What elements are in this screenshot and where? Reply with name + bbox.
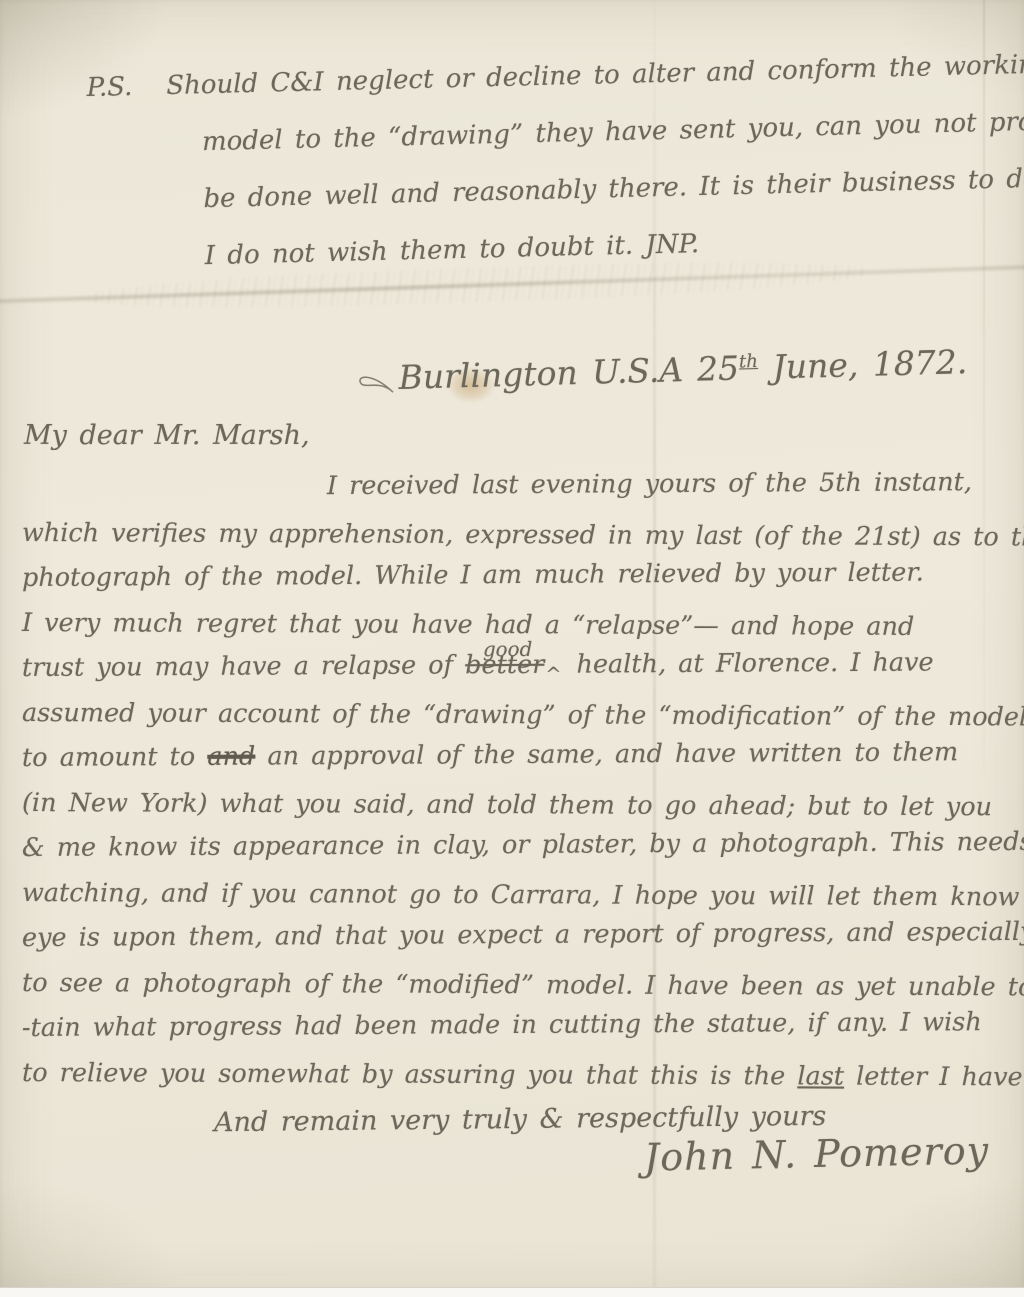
salutation: My dear Mr. Marsh, <box>24 420 310 451</box>
body-line-1: I received last evening yours of the 5th… <box>22 460 1012 511</box>
body-line-7-post: an approval of the same, and have writte… <box>255 737 958 771</box>
edit-correction: goodbetter^ <box>465 643 564 690</box>
body-line-13: -tain what progress had been made in cut… <box>22 1000 1012 1051</box>
body-line-5-post: health, at Florence. I have <box>564 647 933 679</box>
dateline-place: Burlington U.S.A <box>398 350 684 397</box>
letter-page: P.S.Should C&I neglect or decline to alt… <box>0 0 1024 1297</box>
postscript-label: P.S. <box>86 59 133 117</box>
closing-line: And remain very truly & respectfully you… <box>214 1101 827 1138</box>
body-line-14-post: letter I have written you! <box>844 1062 1024 1094</box>
body-line-5: trust you may have a relapse of goodbett… <box>22 640 1012 691</box>
dateline-ordinal: th <box>739 351 759 373</box>
dateline-day: 25 <box>697 348 740 388</box>
inserted-word: good <box>483 627 533 672</box>
body-line-3: photograph of the model. While I am much… <box>22 550 1012 601</box>
dateline-rest: June, 1872. <box>772 342 968 386</box>
body-line-14: to relieve you somewhat by assuring you … <box>22 1051 1012 1100</box>
underlined-word: last <box>797 1061 844 1091</box>
body-line-7: to amount to and an approval of the same… <box>22 730 1012 781</box>
body-line-9: & me know its appearance in clay, or pla… <box>22 820 1012 871</box>
body-line-7-pre: to amount to <box>22 742 208 773</box>
signature: John N. Pomeroy <box>644 1128 990 1179</box>
body-line-5-pre: trust you may have a relapse of <box>22 650 465 683</box>
pen-flourish-icon <box>354 368 395 403</box>
dateline: Burlington U.S.A25th June, 1872. <box>398 342 968 397</box>
body-line-14-pre: to relieve you somewhat by assuring you … <box>22 1058 797 1091</box>
postscript-line-1-text: Should C&I neglect or decline to alter a… <box>166 49 1024 101</box>
struck-word: and <box>207 742 255 772</box>
caret-mark: ^ <box>545 662 561 685</box>
body-line-11: eye is upon them, and that you expect a … <box>22 910 1012 961</box>
postscript: P.S.Should C&I neglect or decline to alt… <box>86 38 991 288</box>
letter-body: I received last evening yours of the 5th… <box>22 466 1012 1096</box>
scan-edge-strip <box>0 1287 1024 1297</box>
